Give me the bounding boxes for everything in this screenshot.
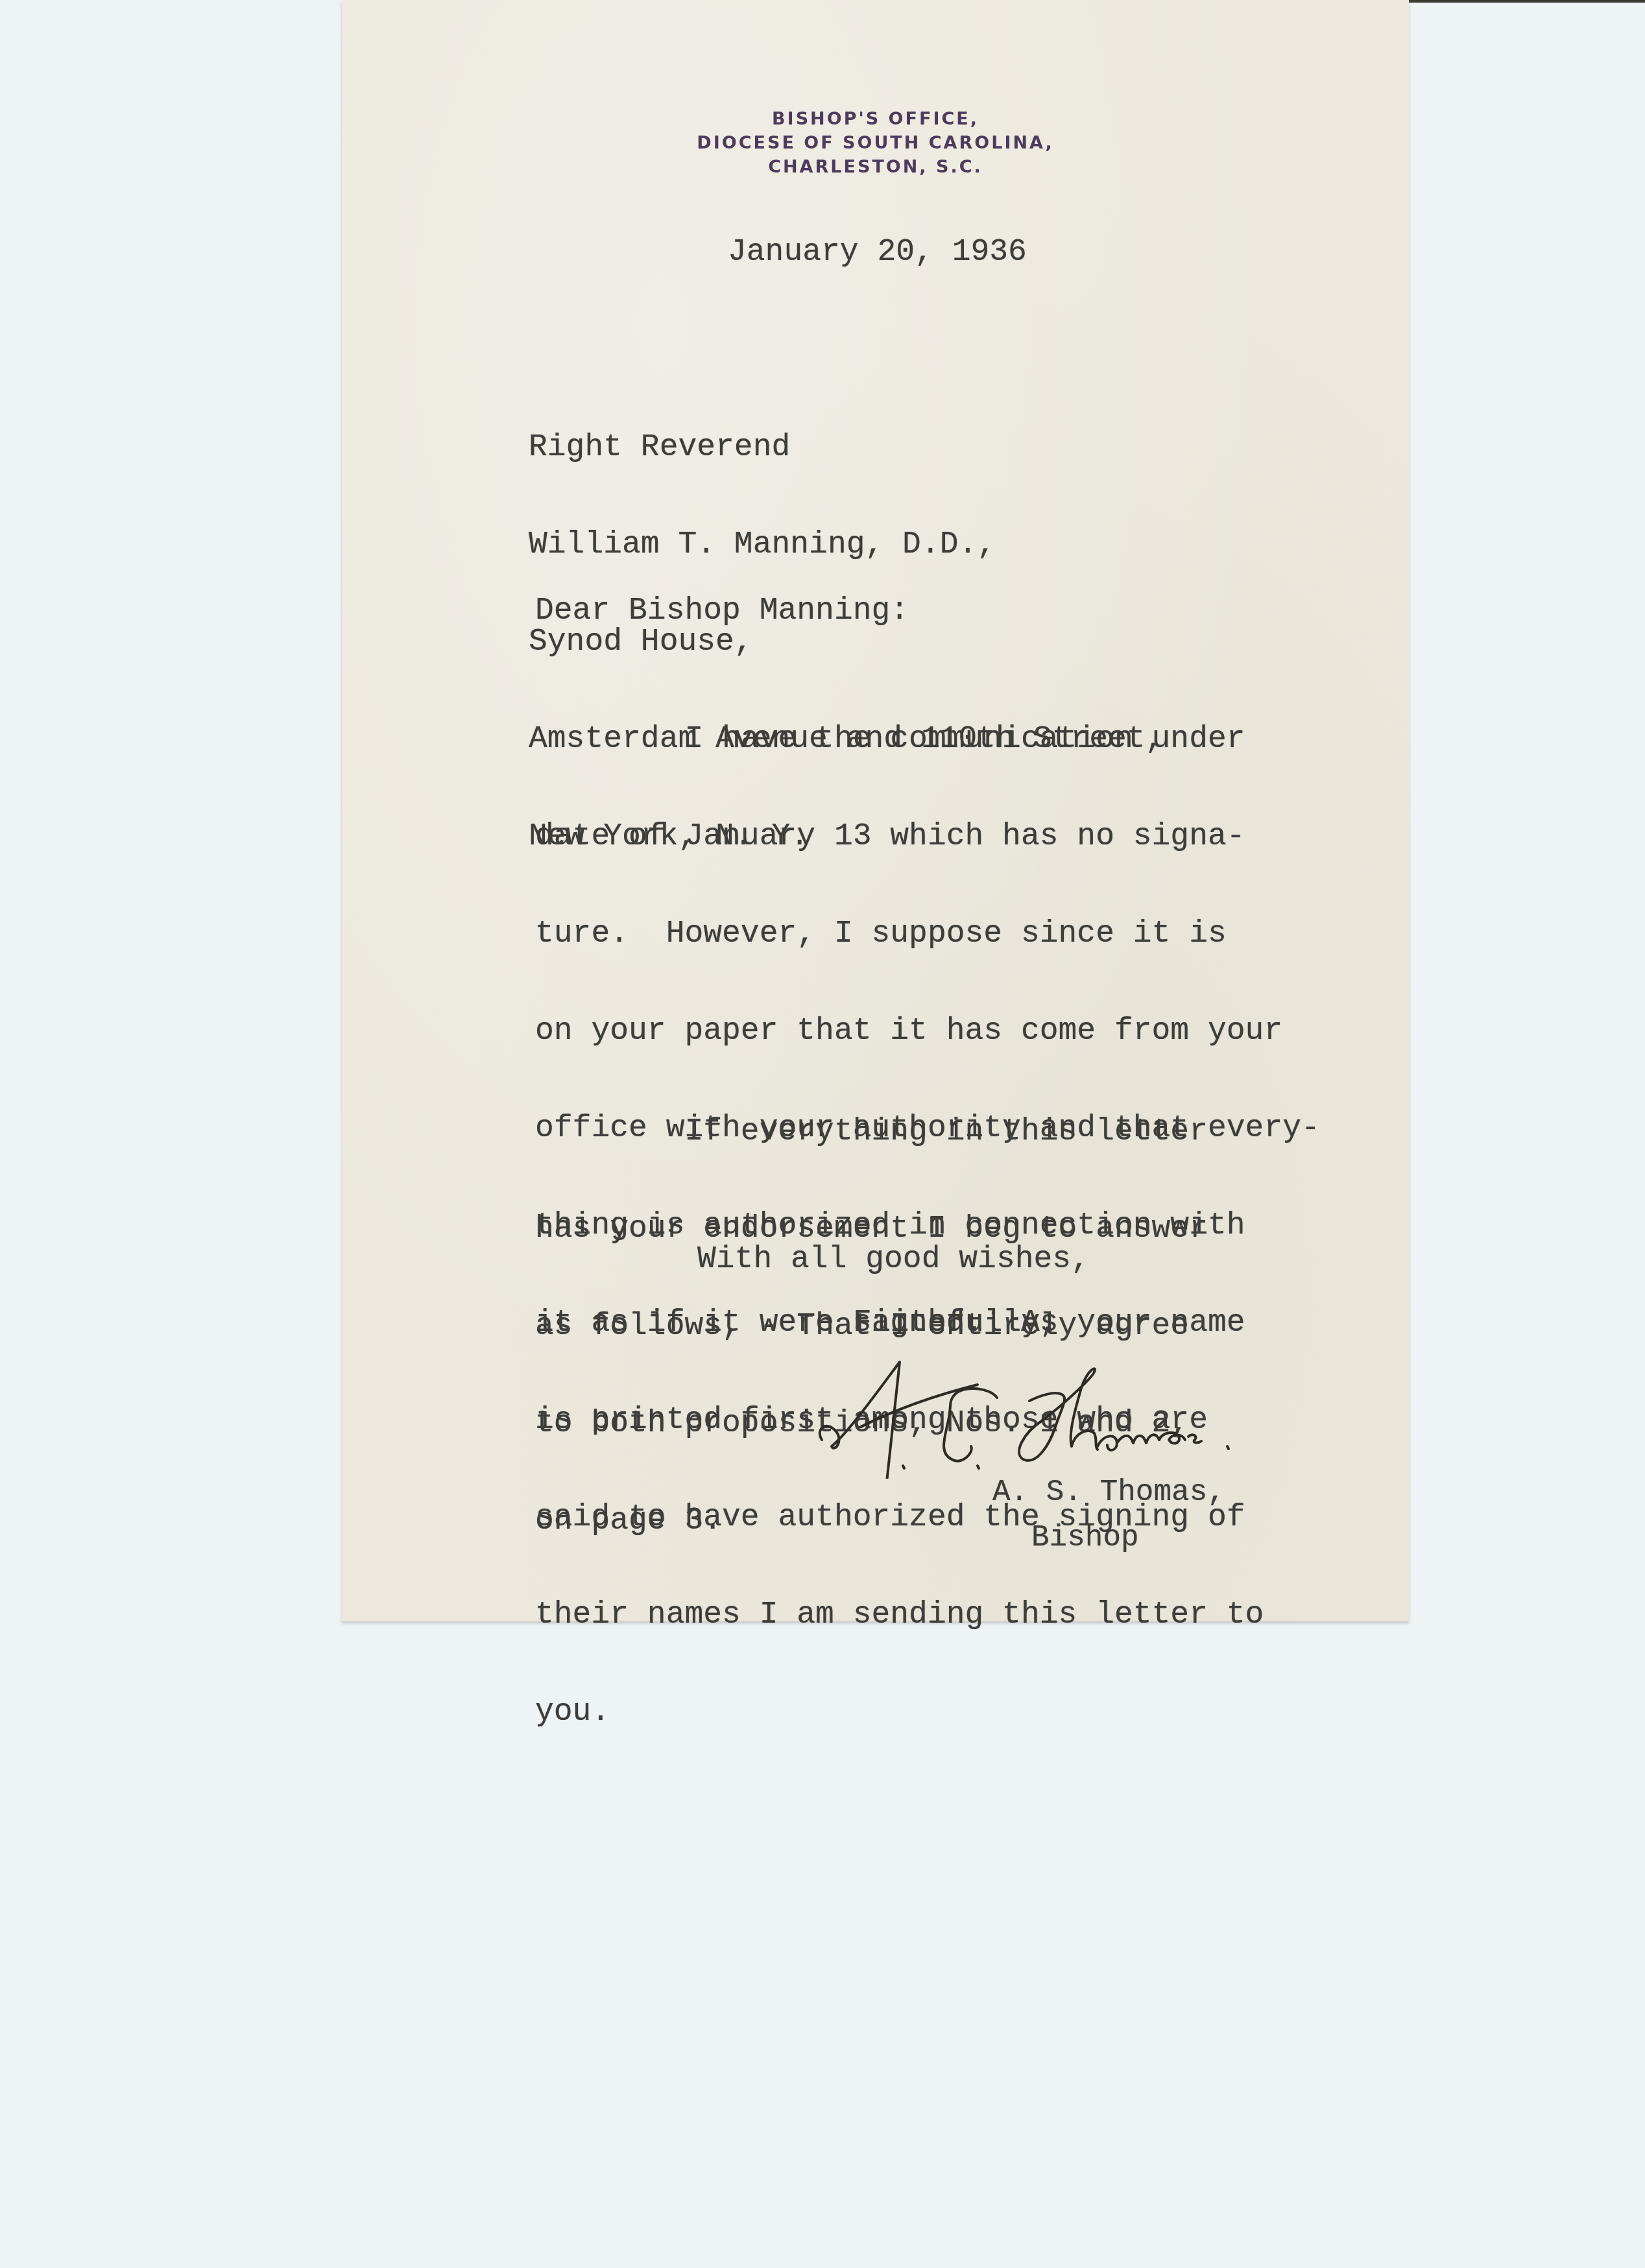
letterhead-office: BISHOP'S OFFICE, xyxy=(342,107,1409,131)
typed-signature-title: Bishop xyxy=(1031,1521,1139,1555)
letterhead-diocese: DIOCESE OF SOUTH CAROLINA, xyxy=(342,131,1409,155)
closing-valediction: Faithfully, xyxy=(853,1306,1059,1341)
body-line: ture. However, I suppose since it is xyxy=(535,918,1320,950)
body-line: you. xyxy=(535,1696,1320,1728)
body-line: on your paper that it has come from your xyxy=(535,1015,1320,1047)
handwritten-signature-icon: A. S. Thomas. xyxy=(809,1349,1263,1479)
salutation: Dear Bishop Manning: xyxy=(535,593,909,628)
letterhead: BISHOP'S OFFICE, DIOCESE OF SOUTH CAROLI… xyxy=(342,107,1409,179)
body-line: If everything in this letter xyxy=(535,1116,1208,1148)
recipient-line: William T. Manning, D.D., xyxy=(529,529,1164,561)
recipient-line: Synod House, xyxy=(529,626,1164,658)
typed-signature-name: A. S. Thomas, xyxy=(992,1475,1225,1509)
closing-wishes: With all good wishes, xyxy=(697,1242,1090,1277)
scanner-edge-strip xyxy=(1409,0,1645,3)
letterhead-city: CHARLESTON, S.C. xyxy=(342,155,1409,179)
body-line: date of January 13 which has no signa- xyxy=(535,820,1320,853)
body-line: their names I am sending this letter to xyxy=(535,1599,1320,1631)
body-line: I have the communication under xyxy=(535,723,1320,756)
letter-date: January 20, 1936 xyxy=(728,235,1027,270)
body-line: has your endorsement I beg to answer xyxy=(535,1213,1208,1245)
recipient-line: Right Reverend xyxy=(529,431,1164,464)
letter-page: BISHOP'S OFFICE, DIOCESE OF SOUTH CAROLI… xyxy=(342,0,1409,1621)
